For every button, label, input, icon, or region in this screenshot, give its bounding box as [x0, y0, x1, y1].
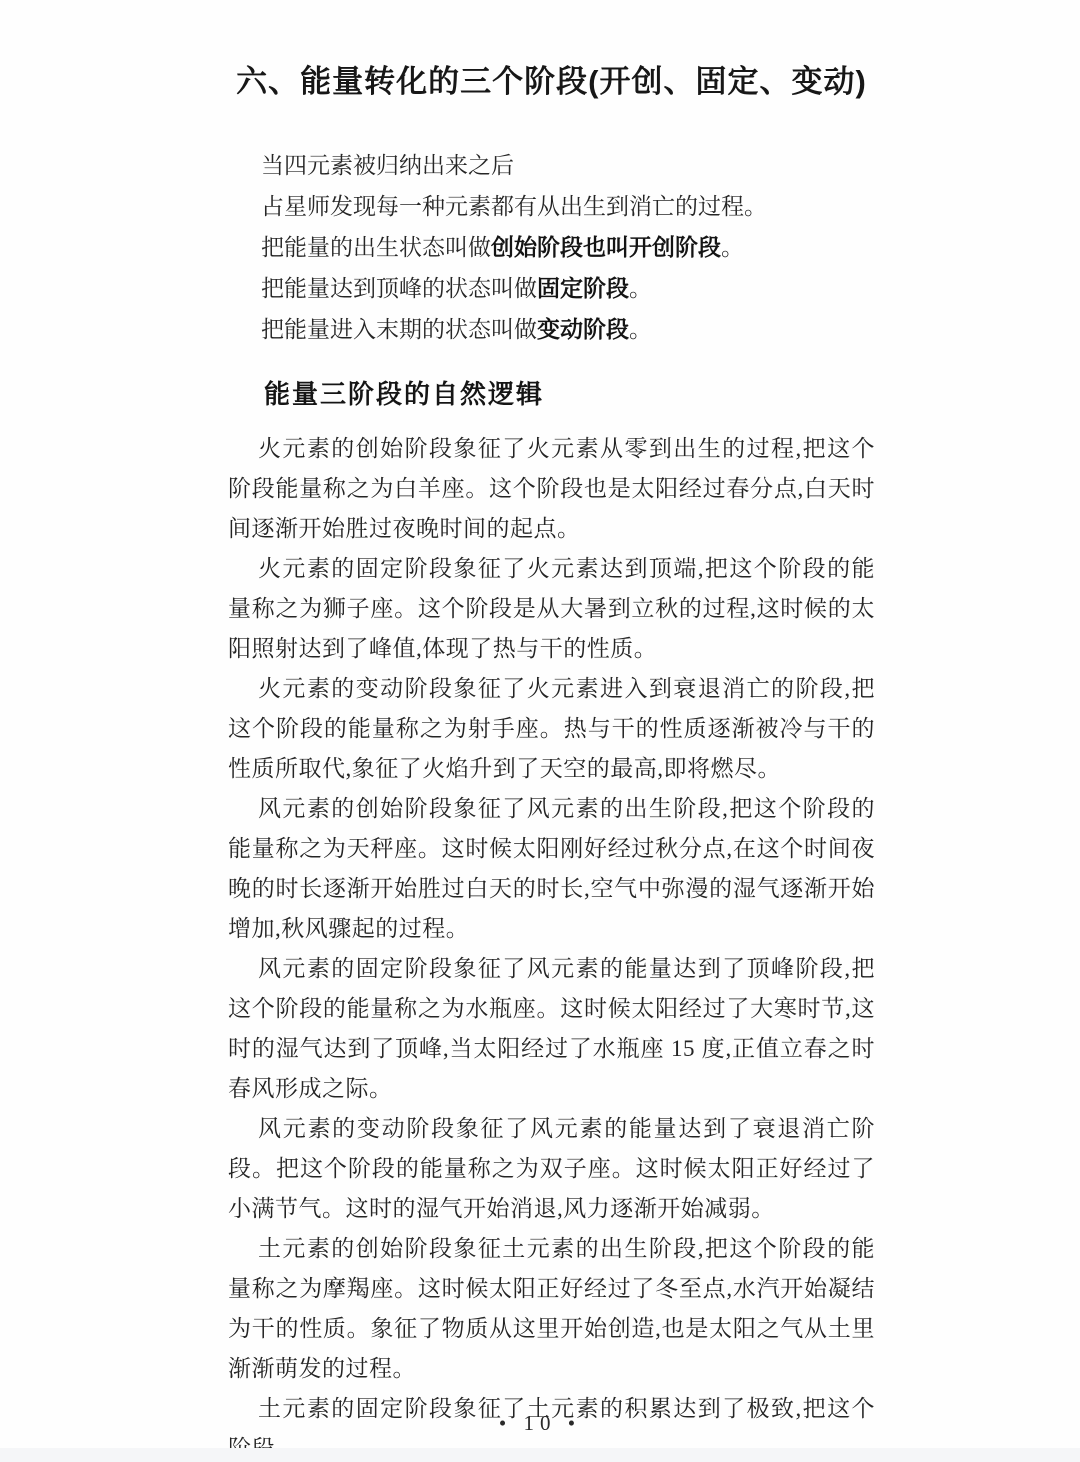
- intro-line-text: 把能量达到顶峰的状态叫做: [261, 276, 537, 301]
- intro-line-bold-text: 创始阶段也叫开创阶段: [491, 235, 721, 260]
- body-paragraph: 火元素的创始阶段象征了火元素从零到出生的过程,把这个阶段能量称之为白羊座。这个阶…: [228, 429, 875, 549]
- body-paragraph: 火元素的固定阶段象征了火元素达到顶端,把这个阶段的能量称之为狮子座。这个阶段是从…: [228, 549, 875, 669]
- intro-line-bold-text: 变动阶段: [537, 317, 629, 342]
- body-paragraph: 风元素的创始阶段象征了风元素的出生阶段,把这个阶段的能量称之为天秤座。这时候太阳…: [228, 789, 875, 949]
- intro-line: 把能量进入末期的状态叫做变动阶段。: [228, 309, 875, 350]
- intro-line-text: 把能量进入末期的状态叫做: [261, 317, 537, 342]
- intro-line: 把能量达到顶峰的状态叫做固定阶段。: [228, 268, 875, 309]
- intro-line: 占星师发现每一种元素都有从出生到消亡的过程。: [228, 186, 875, 227]
- intro-line-text: 占星师发现每一种元素都有从出生到消亡的过程。: [261, 194, 767, 219]
- book-page: 六、能量转化的三个阶段(开创、固定、变动) 当四元素被归纳出来之后 占星师发现每…: [0, 0, 1080, 1462]
- body-paragraph: 火元素的变动阶段象征了火元素进入到衰退消亡的阶段,把这个阶段的能量称之为射手座。…: [228, 669, 875, 789]
- page-title: 六、能量转化的三个阶段(开创、固定、变动): [228, 56, 875, 101]
- body-paragraph: 风元素的固定阶段象征了风元素的能量达到了顶峰阶段,把这个阶段的能量称之为水瓶座。…: [228, 949, 875, 1109]
- body-paragraph: 风元素的变动阶段象征了风元素的能量达到了衰退消亡阶段。把这个阶段的能量称之为双子…: [228, 1109, 875, 1229]
- page-number: • 10 •: [0, 1411, 1080, 1436]
- intro-block: 当四元素被归纳出来之后 占星师发现每一种元素都有从出生到消亡的过程。 把能量的出…: [228, 145, 875, 350]
- section-heading: 能量三阶段的自然逻辑: [228, 374, 875, 411]
- scan-edge-strip: [0, 1448, 1080, 1462]
- page-content: 六、能量转化的三个阶段(开创、固定、变动) 当四元素被归纳出来之后 占星师发现每…: [0, 0, 1080, 1462]
- intro-line-tail: 。: [629, 276, 652, 301]
- intro-line: 当四元素被归纳出来之后: [228, 145, 875, 186]
- intro-line-tail: 。: [629, 317, 652, 342]
- intro-line-bold-text: 固定阶段: [537, 276, 629, 301]
- intro-line-tail: 。: [721, 235, 744, 260]
- intro-line-text: 当四元素被归纳出来之后: [261, 153, 514, 178]
- body-paragraph: 土元素的创始阶段象征土元素的出生阶段,把这个阶段的能量称之为摩羯座。这时候太阳正…: [228, 1229, 875, 1389]
- intro-line: 把能量的出生状态叫做创始阶段也叫开创阶段。: [228, 227, 875, 268]
- intro-line-text: 把能量的出生状态叫做: [261, 235, 491, 260]
